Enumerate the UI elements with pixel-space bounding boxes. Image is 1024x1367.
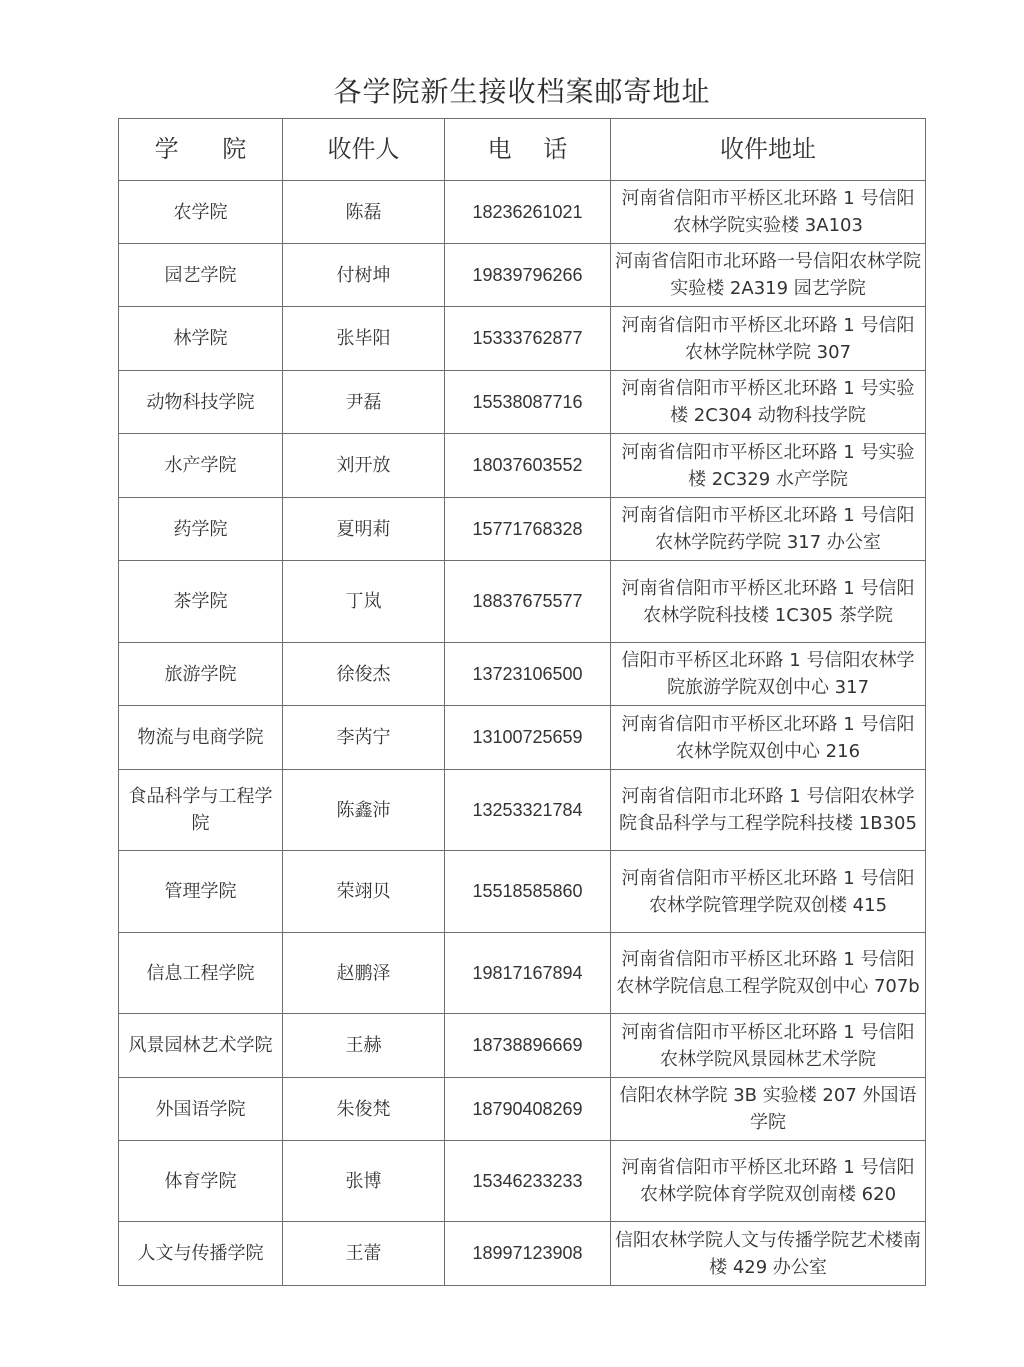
table-row: 园艺学院付树坤19839796266河南省信阳市北环路一号信阳农林学院实验楼 2… [119,244,926,307]
cell-phone: 19817167894 [445,933,611,1014]
cell-college: 人文与传播学院 [119,1222,283,1286]
cell-college: 水产学院 [119,434,283,498]
header-college: 学 院 [119,119,283,181]
cell-recipient: 尹磊 [283,371,445,434]
cell-recipient: 王赫 [283,1014,445,1078]
cell-recipient: 徐俊杰 [283,643,445,706]
table-row: 旅游学院徐俊杰13723106500信阳市平桥区北环路 1 号信阳农林学院旅游学… [119,643,926,706]
cell-address: 河南省信阳市北环路 1 号信阳农林学院食品科学与工程学院科技楼 1B305 [611,770,926,851]
table-row: 物流与电商学院李芮宁13100725659河南省信阳市平桥区北环路 1 号信阳农… [119,706,926,770]
cell-address: 河南省信阳市平桥区北环路 1 号信阳农林学院科技楼 1C305 茶学院 [611,561,926,643]
cell-address: 河南省信阳市平桥区北环路 1 号信阳农林学院管理学院双创楼 415 [611,851,926,933]
cell-address: 河南省信阳市平桥区北环路 1 号实验楼 2C304 动物科技学院 [611,371,926,434]
cell-address: 河南省信阳市北环路一号信阳农林学院实验楼 2A319 园艺学院 [611,244,926,307]
cell-college: 管理学院 [119,851,283,933]
table-body: 农学院陈磊18236261021河南省信阳市平桥区北环路 1 号信阳农林学院实验… [119,181,926,1286]
cell-phone: 18236261021 [445,181,611,244]
cell-address: 河南省信阳市平桥区北环路 1 号信阳农林学院双创中心 216 [611,706,926,770]
cell-recipient: 李芮宁 [283,706,445,770]
cell-phone: 13723106500 [445,643,611,706]
cell-recipient: 赵鹏泽 [283,933,445,1014]
cell-phone: 15333762877 [445,307,611,371]
table-row: 体育学院张博15346233233河南省信阳市平桥区北环路 1 号信阳农林学院体… [119,1141,926,1222]
cell-phone: 15538087716 [445,371,611,434]
cell-phone: 19839796266 [445,244,611,307]
cell-college: 旅游学院 [119,643,283,706]
table-row: 药学院夏明莉15771768328河南省信阳市平桥区北环路 1 号信阳农林学院药… [119,498,926,561]
cell-address: 信阳农林学院人文与传播学院艺术楼南楼 429 办公室 [611,1222,926,1286]
table-row: 食品科学与工程学院陈鑫沛13253321784河南省信阳市北环路 1 号信阳农林… [119,770,926,851]
cell-recipient: 陈磊 [283,181,445,244]
table-row: 外国语学院朱俊梵18790408269信阳农林学院 3B 实验楼 207 外国语… [119,1078,926,1141]
cell-college: 茶学院 [119,561,283,643]
cell-phone: 13253321784 [445,770,611,851]
cell-address: 河南省信阳市平桥区北环路 1 号信阳农林学院风景园林艺术学院 [611,1014,926,1078]
table-row: 水产学院刘开放18037603552河南省信阳市平桥区北环路 1 号实验楼 2C… [119,434,926,498]
cell-college: 风景园林艺术学院 [119,1014,283,1078]
cell-college: 物流与电商学院 [119,706,283,770]
table-row: 茶学院丁岚18837675577河南省信阳市平桥区北环路 1 号信阳农林学院科技… [119,561,926,643]
cell-address: 河南省信阳市平桥区北环路 1 号信阳农林学院药学院 317 办公室 [611,498,926,561]
table-row: 林学院张毕阳15333762877河南省信阳市平桥区北环路 1 号信阳农林学院林… [119,307,926,371]
cell-address: 河南省信阳市平桥区北环路 1 号信阳农林学院信息工程学院双创中心 707b [611,933,926,1014]
cell-address: 河南省信阳市平桥区北环路 1 号信阳农林学院实验楼 3A103 [611,181,926,244]
cell-phone: 18738896669 [445,1014,611,1078]
cell-phone: 15518585860 [445,851,611,933]
table-header-row: 学 院 收件人 电 话 收件地址 [119,119,926,181]
cell-college: 动物科技学院 [119,371,283,434]
table-row: 人文与传播学院王蕾18997123908信阳农林学院人文与传播学院艺术楼南楼 4… [119,1222,926,1286]
cell-college: 信息工程学院 [119,933,283,1014]
cell-college: 林学院 [119,307,283,371]
cell-college: 外国语学院 [119,1078,283,1141]
cell-recipient: 付树坤 [283,244,445,307]
cell-college: 体育学院 [119,1141,283,1222]
cell-address: 信阳农林学院 3B 实验楼 207 外国语学院 [611,1078,926,1141]
address-table: 学 院 收件人 电 话 收件地址 农学院陈磊18236261021河南省信阳市平… [118,118,926,1286]
table-row: 动物科技学院尹磊15538087716河南省信阳市平桥区北环路 1 号实验楼 2… [119,371,926,434]
document-title: 各学院新生接收档案邮寄地址 [0,72,1024,112]
cell-address: 河南省信阳市平桥区北环路 1 号信阳农林学院体育学院双创南楼 620 [611,1141,926,1222]
cell-recipient: 夏明莉 [283,498,445,561]
cell-phone: 18790408269 [445,1078,611,1141]
cell-college: 食品科学与工程学院 [119,770,283,851]
cell-address: 河南省信阳市平桥区北环路 1 号信阳农林学院林学院 307 [611,307,926,371]
cell-college: 园艺学院 [119,244,283,307]
cell-phone: 18037603552 [445,434,611,498]
cell-recipient: 张博 [283,1141,445,1222]
cell-phone: 15346233233 [445,1141,611,1222]
cell-recipient: 朱俊梵 [283,1078,445,1141]
header-recipient: 收件人 [283,119,445,181]
cell-address: 信阳市平桥区北环路 1 号信阳农林学院旅游学院双创中心 317 [611,643,926,706]
table-row: 信息工程学院赵鹏泽19817167894河南省信阳市平桥区北环路 1 号信阳农林… [119,933,926,1014]
table-row: 农学院陈磊18236261021河南省信阳市平桥区北环路 1 号信阳农林学院实验… [119,181,926,244]
header-address: 收件地址 [611,119,926,181]
cell-recipient: 陈鑫沛 [283,770,445,851]
cell-college: 农学院 [119,181,283,244]
cell-recipient: 荣翊贝 [283,851,445,933]
cell-recipient: 刘开放 [283,434,445,498]
cell-phone: 18837675577 [445,561,611,643]
cell-recipient: 张毕阳 [283,307,445,371]
cell-recipient: 王蕾 [283,1222,445,1286]
header-phone: 电 话 [445,119,611,181]
cell-college: 药学院 [119,498,283,561]
table-row: 管理学院荣翊贝15518585860河南省信阳市平桥区北环路 1 号信阳农林学院… [119,851,926,933]
cell-address: 河南省信阳市平桥区北环路 1 号实验楼 2C329 水产学院 [611,434,926,498]
cell-recipient: 丁岚 [283,561,445,643]
table-row: 风景园林艺术学院王赫18738896669河南省信阳市平桥区北环路 1 号信阳农… [119,1014,926,1078]
cell-phone: 15771768328 [445,498,611,561]
cell-phone: 18997123908 [445,1222,611,1286]
cell-phone: 13100725659 [445,706,611,770]
